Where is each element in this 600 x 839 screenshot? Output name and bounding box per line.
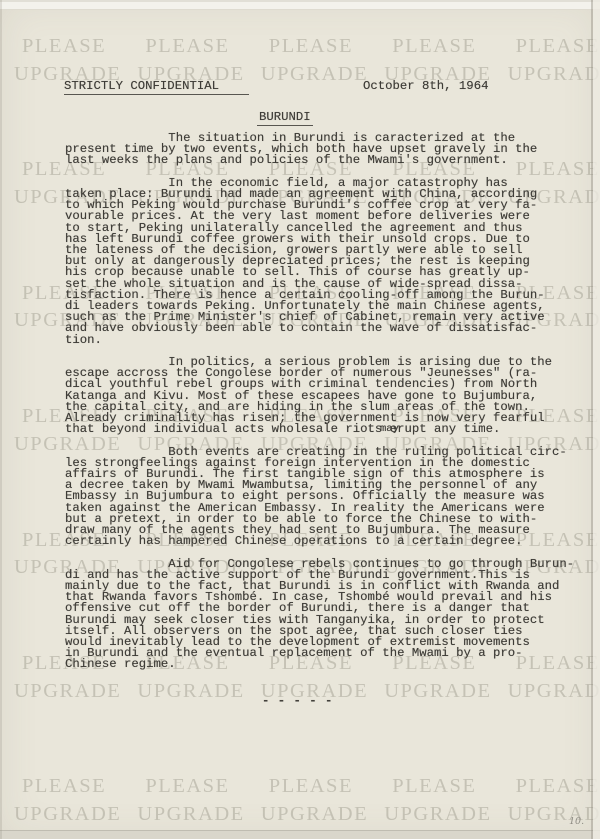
document-body: The situation in Burundi is caracterized… xyxy=(65,133,575,682)
watermark-please-text: PLEASE xyxy=(269,35,353,58)
watermark-please-text: PLEASE xyxy=(392,775,476,798)
pencil-page-number: 10. xyxy=(569,816,584,827)
paragraph-both-events: Both events are creating in the ruling p… xyxy=(65,447,575,548)
classification-label: STRICTLY CONFIDENTIAL xyxy=(64,79,249,95)
paragraph-situation: The situation in Burundi is caracterized… xyxy=(65,133,575,167)
watermark-please-text: PLEASE xyxy=(145,35,229,58)
watermark-upgrade-text: UPGRADE xyxy=(384,803,491,826)
watermark-upgrade-text: UPGRADE xyxy=(14,803,121,826)
watermark-please-text: PLEASE xyxy=(392,35,476,58)
watermark-please-text: PLEASE xyxy=(269,775,353,798)
section-separator: - - - - - xyxy=(262,694,333,708)
watermark-please-text: PLEASE xyxy=(516,35,600,58)
page-title: BURUNDI xyxy=(257,110,313,126)
paragraph-congolese-aid: Aid for Congolese rebels continues to go… xyxy=(65,559,575,671)
watermark-upgrade-text: UPGRADE xyxy=(384,680,491,703)
watermark-upgrade-text: UPGRADE xyxy=(508,680,600,703)
typed-insertion-may: may xyxy=(380,423,399,435)
watermark-upgrade-text: UPGRADE xyxy=(14,680,121,703)
date-label: October 8th, 1964 xyxy=(363,79,488,93)
watermark-upgrade-text: UPGRADE xyxy=(508,63,600,86)
watermark-please-text: PLEASE xyxy=(22,775,106,798)
watermark-upgrade-text: UPGRADE xyxy=(261,803,368,826)
watermark-please-text: PLEASE xyxy=(22,35,106,58)
scanned-document-page: PLEASEUPGRADEPLEASEUPGRADEPLEASEUPGRADEP… xyxy=(0,0,600,839)
watermark-upgrade-text: UPGRADE xyxy=(261,63,368,86)
watermark-please-text: PLEASE xyxy=(145,775,229,798)
watermark-upgrade-text: UPGRADE xyxy=(137,680,244,703)
watermark-upgrade-text: UPGRADE xyxy=(508,803,600,826)
paragraph-economic: In the economic field, a major catastrop… xyxy=(65,178,575,346)
watermark-please-text: PLEASE xyxy=(516,775,600,798)
watermark-upgrade-text: UPGRADE xyxy=(137,803,244,826)
paragraph-politics: In politics, a serious problem is arisin… xyxy=(65,357,575,435)
